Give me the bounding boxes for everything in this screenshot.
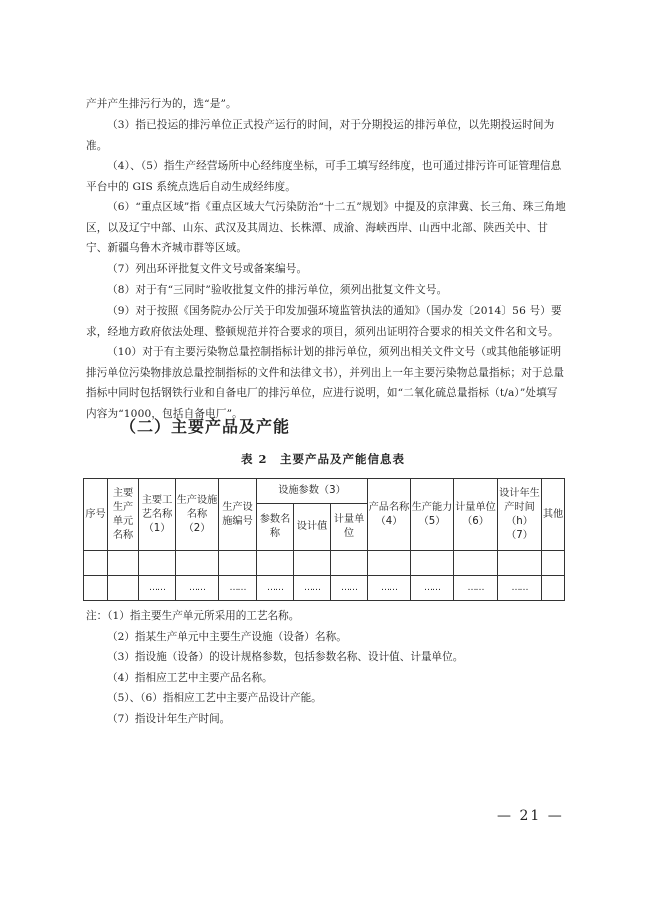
table-cell	[454, 551, 498, 576]
note-line-1: 注：（1）指主要生产单元所采用的工艺名称。	[86, 606, 463, 627]
table-cell: ……	[368, 576, 411, 601]
paragraph-note-3: （3）指已投运的排污单位正式投产运行的时间，对于分期投运的排污单位，以先期投运时…	[86, 115, 566, 156]
section-heading: （二）主要产品及产能	[120, 414, 290, 437]
table-cell: ……	[294, 576, 331, 601]
table-row: …… …… …… …… …… …… …… …… …… ……	[84, 576, 565, 601]
header-params-group: 设施参数（3）	[257, 479, 368, 504]
table-cell: ……	[219, 576, 257, 601]
paragraph-note-6: （6）“重点区域”指《重点区域大气污染防治“十二五”规划》中提及的京津冀、长三角…	[86, 197, 566, 259]
table-caption: 表 2 主要产品及产能信息表	[0, 451, 646, 467]
paragraph-note-4-5: （4）、（5）指生产经营场所中心经纬度坐标，可手工填写经纬度，也可通过排污许可证…	[86, 156, 566, 197]
header-facility-name: 生产设施名称（2）	[176, 479, 219, 551]
table-cell: ……	[257, 576, 294, 601]
page-number: — 21 —	[497, 808, 564, 824]
table-cell: ……	[176, 576, 219, 601]
paragraph-continuation: 产并产生排污行为的，选“是”。	[86, 94, 566, 115]
header-param-name: 参数名称	[257, 504, 294, 551]
table-cell	[108, 551, 139, 576]
note-item: （7）指设计年生产时间。	[86, 709, 463, 730]
table-cell: ……	[498, 576, 542, 601]
note-item: （4）指相应工艺中主要产品名称。	[86, 668, 463, 689]
table-cell	[108, 576, 139, 601]
notes-prefix: 注：	[86, 610, 107, 622]
header-capacity: 生产能力（5）	[411, 479, 454, 551]
header-unit-name: 主要生产单元名称	[108, 479, 139, 551]
header-facility-no: 生产设施编号	[219, 479, 257, 551]
table-cell	[331, 551, 368, 576]
header-process-name: 主要工艺名称（1）	[139, 479, 176, 551]
table-cell	[411, 551, 454, 576]
note-item: （1）指主要生产单元所采用的工艺名称。	[107, 610, 299, 622]
header-product-name: 产品名称（4）	[368, 479, 411, 551]
note-item: （5）、（6）指相应工艺中主要产品设计产能。	[86, 688, 463, 709]
header-other: 其他	[542, 479, 565, 551]
table-cell	[257, 551, 294, 576]
header-measure-unit: 计量单位	[331, 504, 368, 551]
paragraph-note-9: （9）对于按照《国务院办公厅关于印发加强环境监管执法的通知》（国办发〔2014〕…	[86, 301, 566, 342]
note-item: （2）指某生产单元中主要生产设施（设备）名称。	[86, 627, 463, 648]
table-row	[84, 551, 565, 576]
table-cell	[84, 576, 108, 601]
table-cell: ……	[411, 576, 454, 601]
table-cell	[542, 551, 565, 576]
table-cell	[139, 551, 176, 576]
table-cell	[368, 551, 411, 576]
table-cell	[219, 551, 257, 576]
table-cell	[498, 551, 542, 576]
header-design-value: 设计值	[294, 504, 331, 551]
table-cell	[294, 551, 331, 576]
table-cell: ……	[139, 576, 176, 601]
table-cell: ……	[454, 576, 498, 601]
table-notes: 注：（1）指主要生产单元所采用的工艺名称。 （2）指某生产单元中主要生产设施（设…	[86, 606, 463, 729]
table-cell	[176, 551, 219, 576]
table-cell: ……	[331, 576, 368, 601]
paragraph-note-10: （10）对于有主要污染物总量控制指标计划的排污单位，须列出相关文件文号（或其他能…	[86, 342, 566, 424]
header-capacity-unit: 计量单位（6）	[454, 479, 498, 551]
table-cell	[84, 551, 108, 576]
products-capacity-table: 序号 主要生产单元名称 主要工艺名称（1） 生产设施名称（2） 生产设施编号 设…	[83, 478, 565, 601]
header-seq: 序号	[84, 479, 108, 551]
header-design-hours: 设计年生产时间（h）（7）	[498, 479, 542, 551]
paragraph-note-8: （8）对于有“三同时”验收批复文件的排污单位，须列出批复文件文号。	[86, 280, 566, 301]
paragraph-note-7: （7）列出环评批复文件文号或备案编号。	[86, 259, 566, 280]
note-item: （3）指设施（设备）的设计规格参数，包括参数名称、设计值、计量单位。	[86, 647, 463, 668]
table-cell	[542, 576, 565, 601]
